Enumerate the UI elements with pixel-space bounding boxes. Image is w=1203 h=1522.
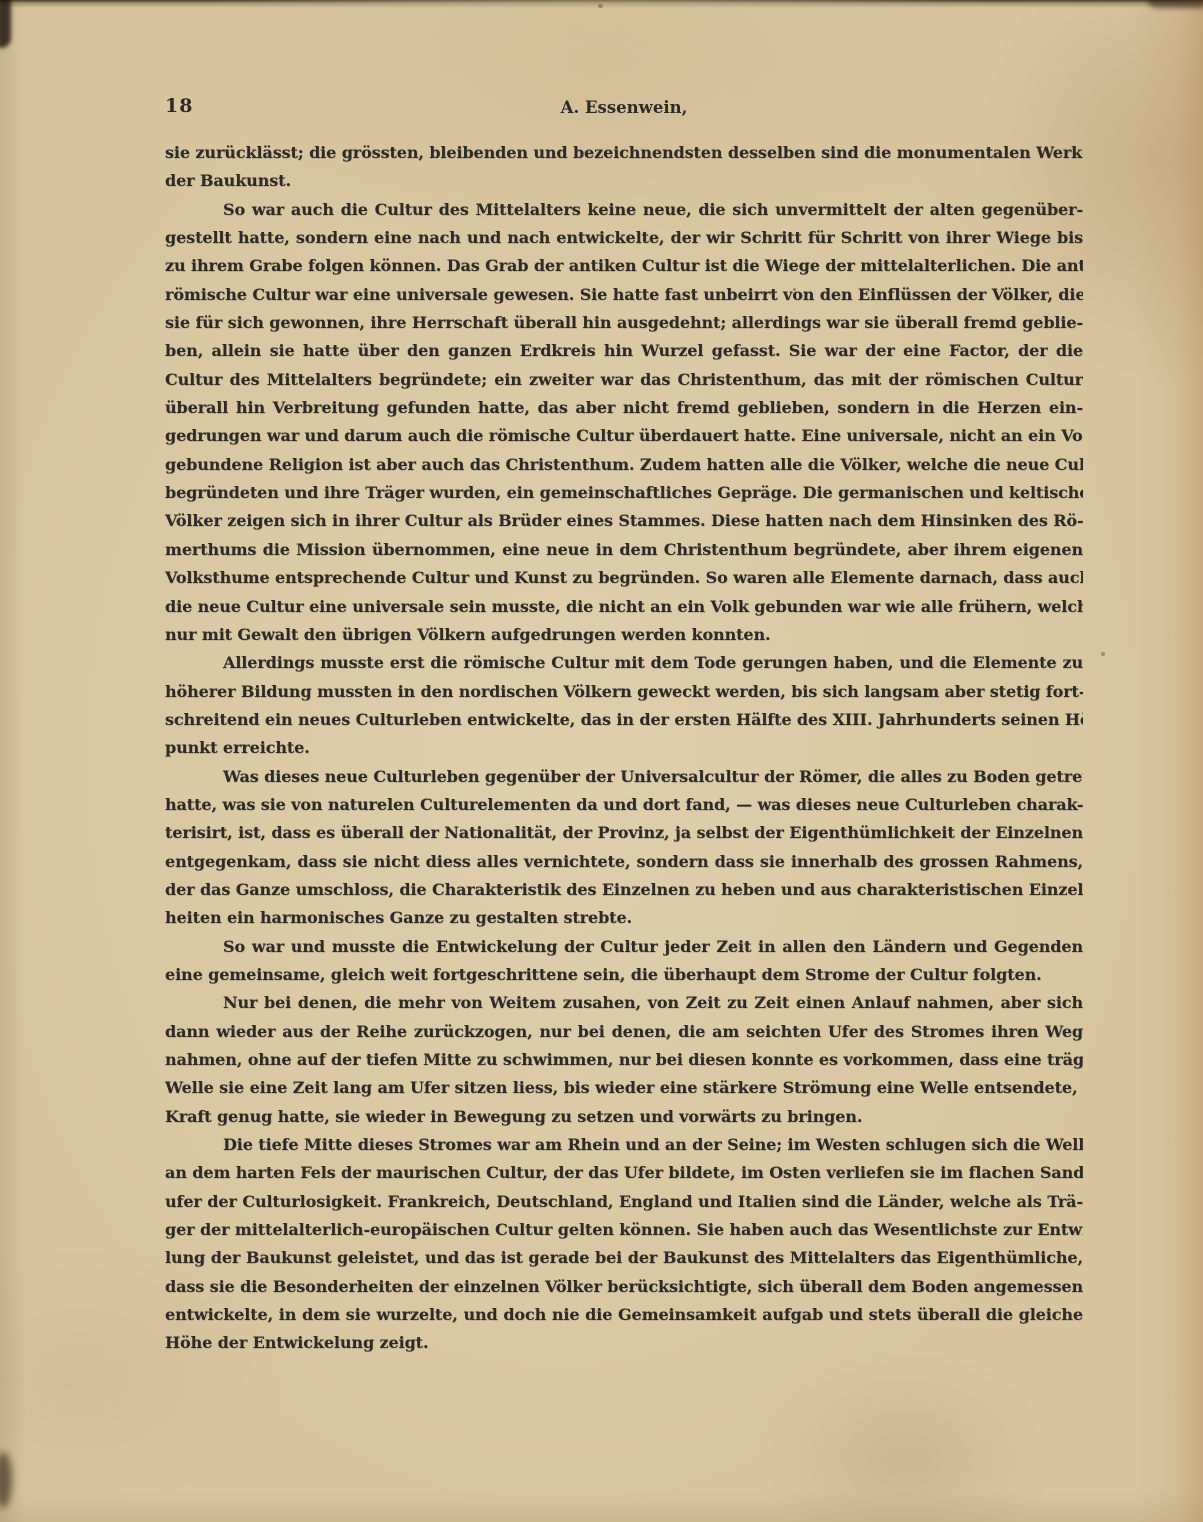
text-line: römische Cultur war eine universale gewe… xyxy=(165,281,1083,309)
paragraph: Allerdings musste erst die römische Cult… xyxy=(165,649,1083,762)
text-line: heiten ein harmonisches Ganze zu gestalt… xyxy=(165,904,1083,932)
text-line: entgegenkam, dass sie nicht diess alles … xyxy=(165,848,1083,876)
text-line: zu ihrem Grabe folgen können. Das Grab d… xyxy=(165,252,1083,280)
text-line: Was dieses neue Culturleben gegenüber de… xyxy=(165,763,1083,791)
text-line: merthums die Mission übernommen, eine ne… xyxy=(165,536,1083,564)
paragraph: Was dieses neue Culturleben gegenüber de… xyxy=(165,763,1083,933)
text-line: sie zurücklässt; die grössten, bleibende… xyxy=(165,139,1083,167)
paragraph: Nur bei denen, die mehr von Weitem zusah… xyxy=(165,989,1083,1131)
text-line: überall hin Verbreitung gefunden hatte, … xyxy=(165,394,1083,422)
scan-edge-artifact xyxy=(1147,0,1203,8)
text-line: Die tiefe Mitte dieses Stromes war am Rh… xyxy=(165,1131,1083,1159)
scanned-book-page: 18 A. Essenwein, sie zurücklässt; die gr… xyxy=(0,0,1203,1522)
text-line: Volksthume entsprechende Cultur und Kuns… xyxy=(165,564,1083,592)
text-line: gebundene Religion ist aber auch das Chr… xyxy=(165,451,1083,479)
text-line: Völker zeigen sich in ihrer Cultur als B… xyxy=(165,507,1083,535)
text-line: eine gemeinsame, gleich weit fortgeschri… xyxy=(165,961,1083,989)
paper-speck xyxy=(1101,652,1105,656)
text-line: hatte, was sie von naturelen Cultureleme… xyxy=(165,791,1083,819)
text-line: ufer der Culturlosigkeit. Frankreich, De… xyxy=(165,1188,1083,1216)
text-line: begründeten und ihre Träger wurden, ein … xyxy=(165,479,1083,507)
paragraph: Die tiefe Mitte dieses Stromes war am Rh… xyxy=(165,1131,1083,1358)
text-line: gestellt hatte, sondern eine nach und na… xyxy=(165,224,1083,252)
text-line: schreitend ein neues Culturleben entwick… xyxy=(165,706,1083,734)
text-line: gedrungen war und darum auch die römisch… xyxy=(165,422,1083,450)
text-line: Welle sie eine Zeit lang am Ufer sitzen … xyxy=(165,1074,1083,1102)
paragraph: sie zurücklässt; die grössten, bleibende… xyxy=(165,139,1083,196)
text-line: entwickelte, in dem sie wurzelte, und do… xyxy=(165,1301,1083,1329)
text-line: dass sie die Besonderheiten der einzelne… xyxy=(165,1273,1083,1301)
text-line: So war auch die Cultur des Mittelalters … xyxy=(165,196,1083,224)
text-line: Kraft genug hatte, sie wieder in Bewegun… xyxy=(165,1103,1083,1131)
scan-edge-artifact xyxy=(0,0,11,48)
text-line: lung der Baukunst geleistet, und das ist… xyxy=(165,1244,1083,1272)
running-header: A. Essenwein, xyxy=(165,98,1083,117)
text-line: Nur bei denen, die mehr von Weitem zusah… xyxy=(165,989,1083,1017)
paragraph: So war und musste die Entwickelung der C… xyxy=(165,933,1083,990)
text-line: nur mit Gewalt den übrigen Völkern aufge… xyxy=(165,621,1083,649)
text-line: Cultur des Mittelalters begründete; ein … xyxy=(165,366,1083,394)
text-line: So war und musste die Entwickelung der C… xyxy=(165,933,1083,961)
text-line: der Baukunst. xyxy=(165,167,1083,195)
text-line: höherer Bildung mussten in den nordische… xyxy=(165,678,1083,706)
scan-smudge-artifact xyxy=(0,1452,12,1508)
paragraph: So war auch die Cultur des Mittelalters … xyxy=(165,196,1083,650)
text-body: sie zurücklässt; die grössten, bleibende… xyxy=(165,139,1083,1358)
text-line: Höhe der Entwickelung zeigt. xyxy=(165,1329,1083,1357)
text-line: terisirt, ist, dass es überall der Natio… xyxy=(165,819,1083,847)
text-line: sie für sich gewonnen, ihre Herrschaft ü… xyxy=(165,309,1083,337)
text-line: ben, allein sie hatte über den ganzen Er… xyxy=(165,337,1083,365)
text-line: der das Ganze umschloss, die Charakteris… xyxy=(165,876,1083,904)
text-line: dann wieder aus der Reihe zurückzogen, n… xyxy=(165,1018,1083,1046)
text-line: ger der mittelalterlich-europäischen Cul… xyxy=(165,1216,1083,1244)
text-line: punkt erreichte. xyxy=(165,734,1083,762)
text-line: Allerdings musste erst die römische Cult… xyxy=(165,649,1083,677)
text-line: nahmen, ohne auf der tiefen Mitte zu sch… xyxy=(165,1046,1083,1074)
text-line: die neue Cultur eine universale sein mus… xyxy=(165,593,1083,621)
paper-speck xyxy=(598,4,603,8)
text-line: an dem harten Fels der maurischen Cultur… xyxy=(165,1159,1083,1187)
